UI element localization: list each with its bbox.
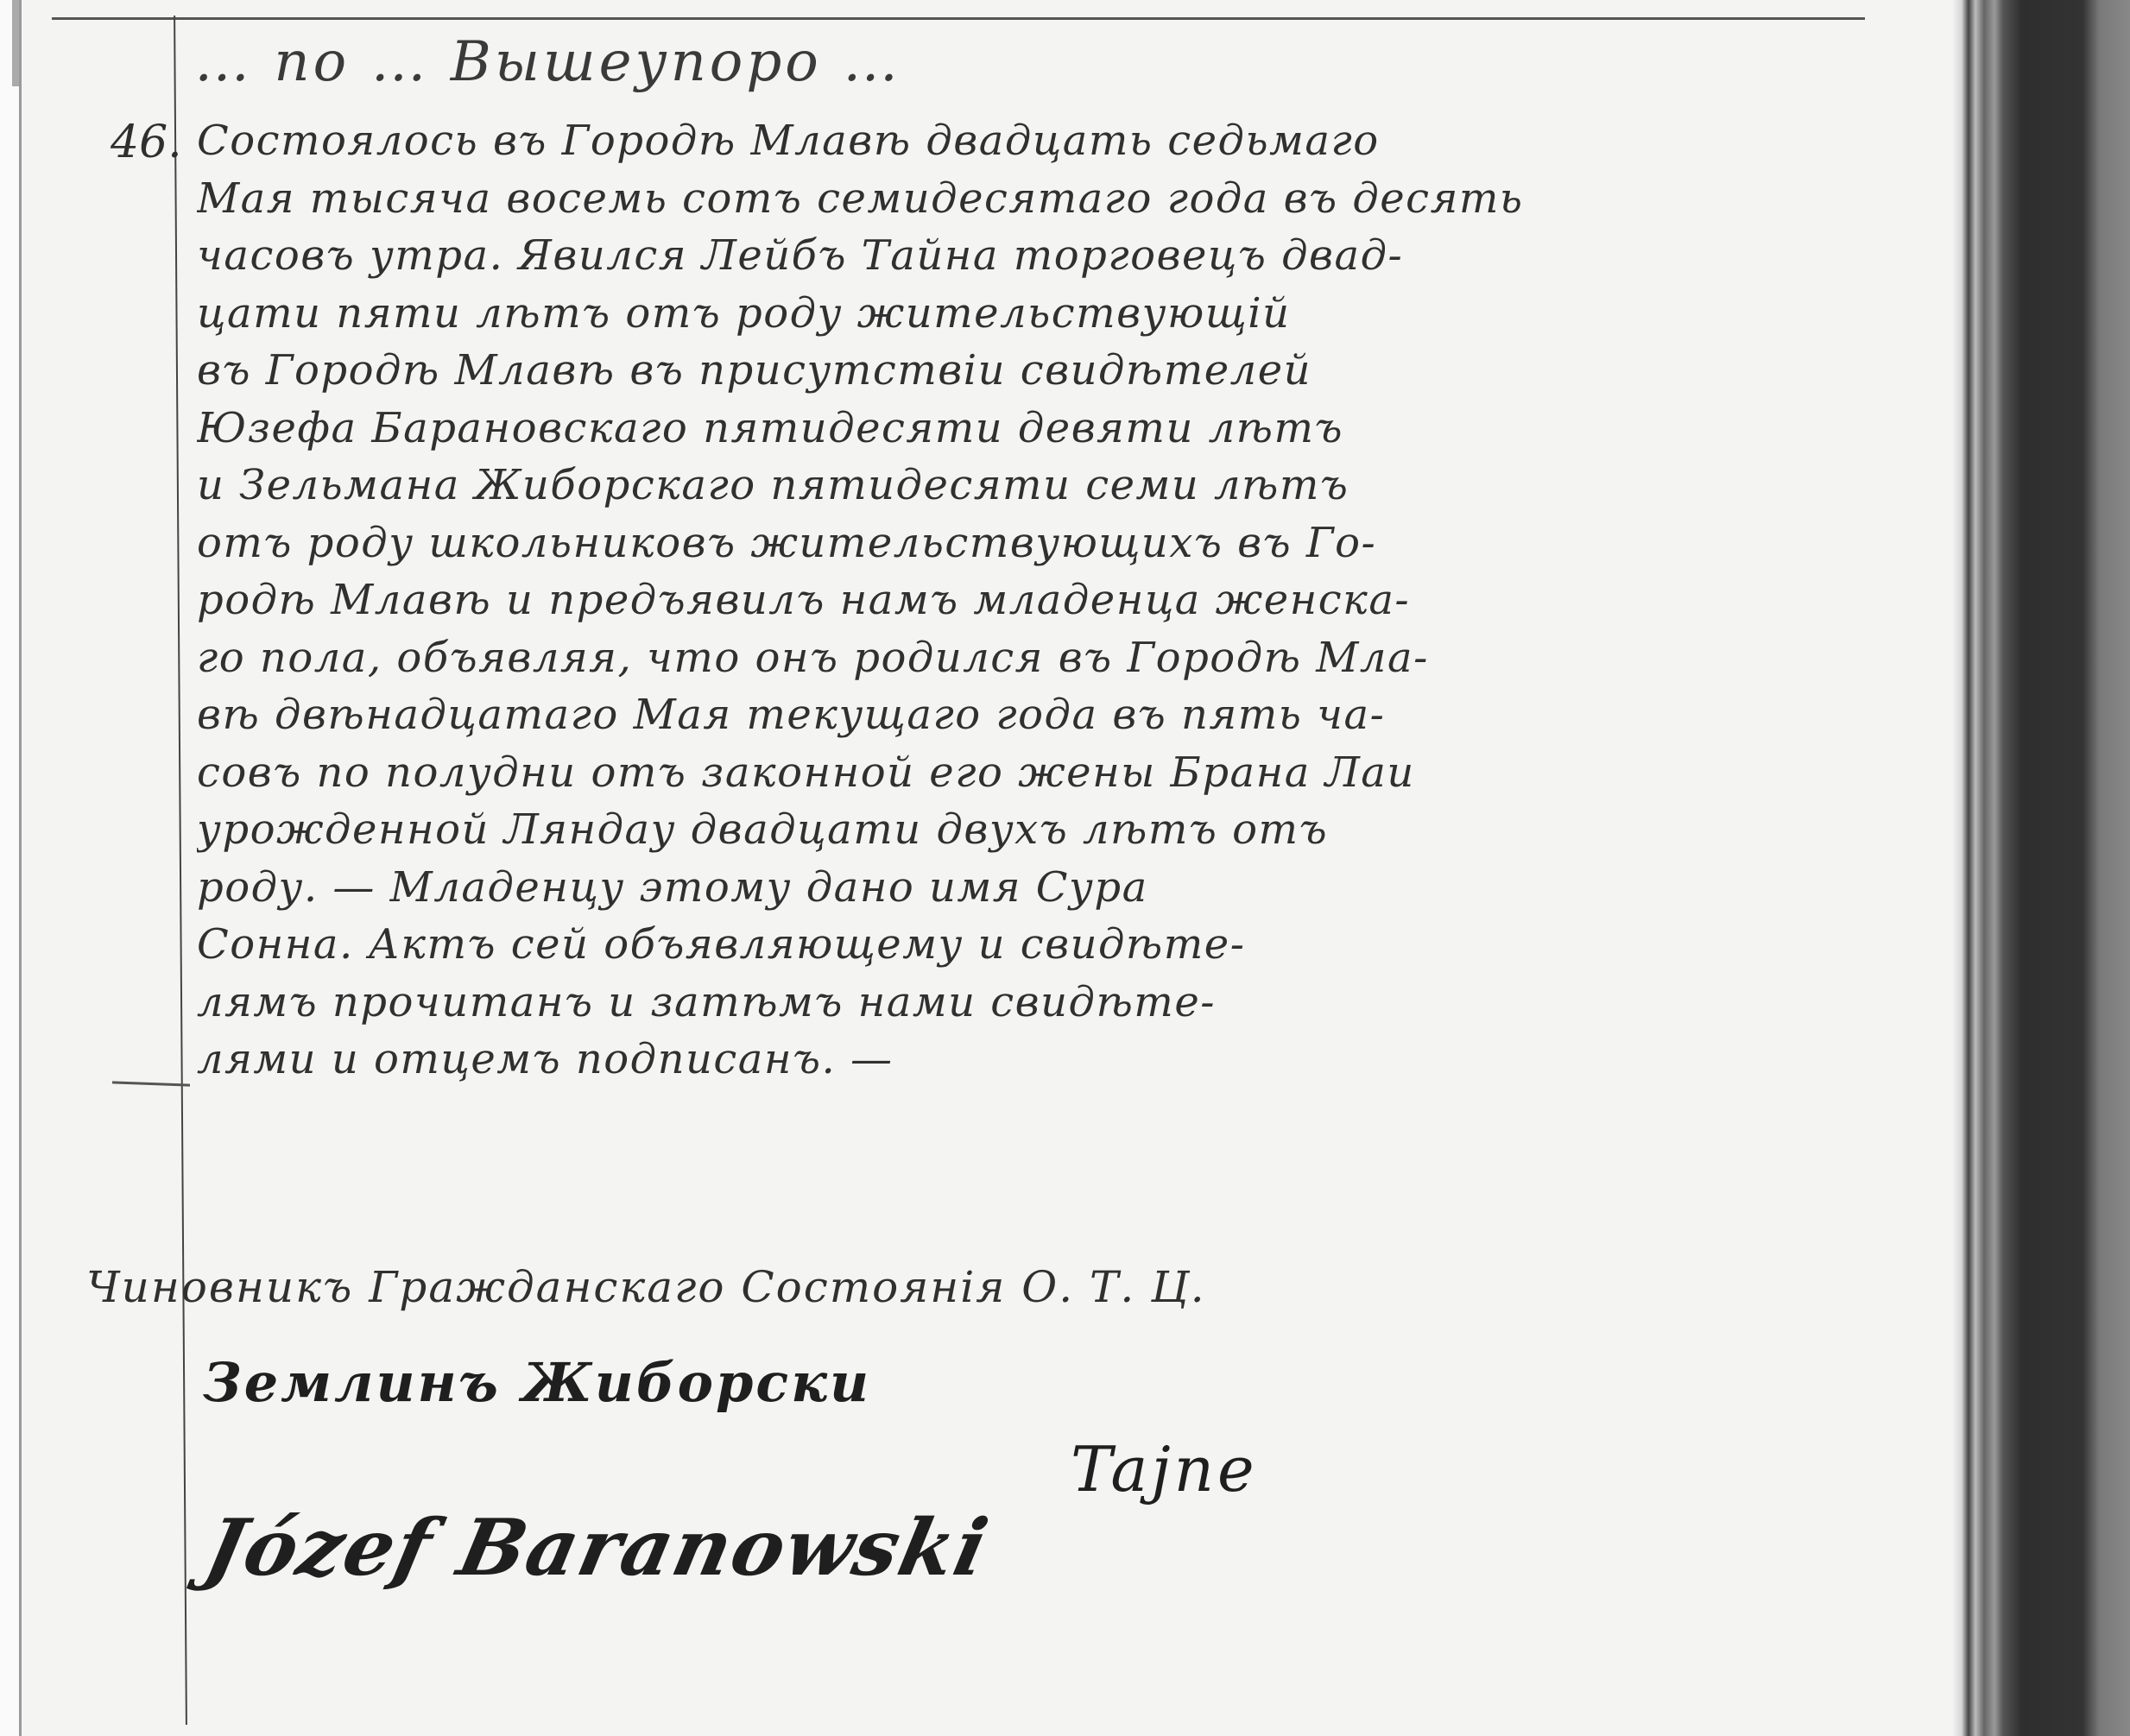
record-line: лями и отцемъ подписанъ. — [197, 1031, 1932, 1089]
record-line: роду. — Младенцу этому дано имя Сура [197, 859, 1932, 917]
record-line: урожденной Ляндау двадцати двухъ лѣтъ от… [197, 801, 1932, 859]
record-body: Состоялось въ Городѣ Млавѣ двадцать седь… [197, 112, 1932, 1089]
record-line: отъ роду школьниковъ жительствующихъ въ … [197, 514, 1932, 572]
witness-signature-cyrillic: Землинъ Жиборски [203, 1351, 871, 1414]
record-line: вѣ двѣнадцатаго Мая текущаго года въ пят… [197, 686, 1932, 744]
registrar-line: Чиновникъ Гражданскаго Состоянія О. Т. Ц… [86, 1262, 1206, 1312]
record-line: въ Городѣ Млавѣ въ присутствіи свидѣтеле… [197, 342, 1932, 400]
act-number: 46. [111, 117, 182, 168]
book-binding-edge [1953, 0, 2130, 1736]
father-signature: Tajne [1071, 1433, 1258, 1506]
record-line: совъ по полудни отъ законной его жены Бр… [197, 744, 1932, 802]
record-line: Мая тысяча восемь сотъ семидесятаго года… [197, 170, 1932, 228]
margin-ruled-line [174, 16, 187, 1725]
record-line: лямъ прочитанъ и затѣмъ нами свидѣте- [197, 974, 1932, 1032]
record-line: часовъ утра. Явился Лейбъ Тайна торговец… [197, 227, 1932, 285]
previous-entry-fragment: … по … Вышеупоро … [194, 19, 1835, 105]
witness-signature-latin: Józef Baranowski [198, 1502, 997, 1594]
margin-dash-mark [112, 1081, 190, 1086]
record-line: го пола, объявляя, что онъ родился въ Го… [197, 629, 1932, 687]
record-line: цати пяти лѣтъ отъ роду жительствующій [197, 285, 1932, 343]
record-line: и Зельмана Жиборскаго пятидесяти семи лѣ… [197, 457, 1932, 514]
left-strip-shadow [12, 0, 19, 86]
left-page-strip [0, 0, 22, 1736]
record-line: Юзефа Барановскаго пятидесяти девяти лѣт… [197, 400, 1932, 458]
document-page: … по … Вышеупоро … 46. Состоялось въ Гор… [0, 0, 1960, 1736]
record-line: Сонна. Актъ сей объявляющему и свидѣте- [197, 916, 1932, 974]
record-line: Состоялось въ Городѣ Млавѣ двадцать седь… [197, 112, 1932, 170]
record-line: родѣ Млавѣ и предъявилъ намъ младенца же… [197, 571, 1932, 629]
